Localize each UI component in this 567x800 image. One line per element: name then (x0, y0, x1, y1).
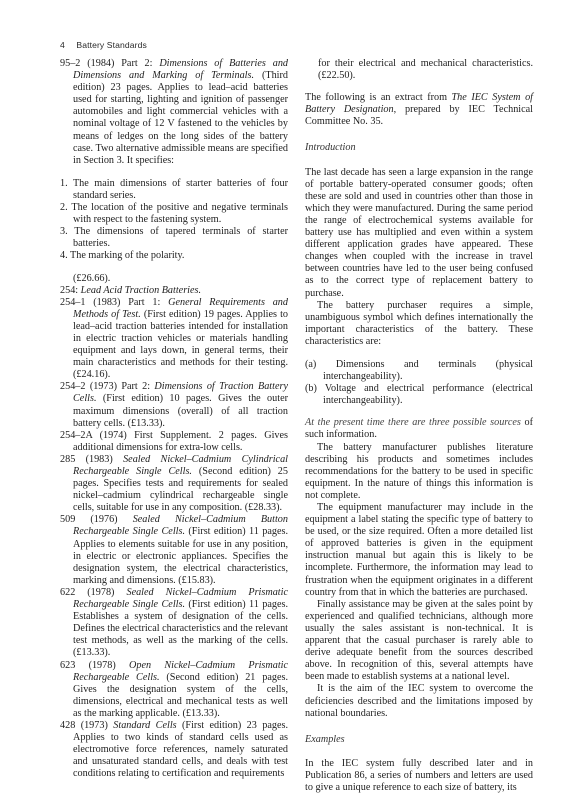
introduction-paragraph-1: The last decade has seen a large expansi… (305, 167, 533, 300)
extract-intro-paragraph: The following is an extract from The IEC… (305, 92, 533, 128)
entry-title: Lead Acid Traction Batteries. (81, 285, 201, 296)
manufacturer-paragraph: The battery manufacturer publishes liter… (305, 442, 533, 502)
entry-428-continuation: for their electrical and mechanical char… (305, 58, 533, 82)
entry-code: 623 (1978) (60, 660, 129, 671)
entry-code: 254–2 (1973) Part 2: (60, 381, 154, 392)
entry-code: 254–2A (1974) First Supplement. (60, 430, 211, 441)
sources-paragraph: At the present time there are three poss… (305, 417, 533, 441)
list-item: 1. The main dimensions of starter batter… (60, 178, 288, 202)
standard-entry-254-2a: 254–2A (1974) First Supplement. 2 pages.… (60, 430, 288, 454)
list-item: 4. The marking of the polarity. (60, 250, 288, 262)
left-column: 95–2 (1984) Part 2: Dimensions of Batter… (60, 58, 288, 780)
entry-code: 285 (1983) (60, 454, 123, 465)
document-page: 4 Battery Standards 95–2 (1984) Part 2: … (0, 0, 567, 800)
section-heading-examples: Examples (305, 734, 533, 746)
standard-entry-254-2: 254–2 (1973) Part 2: Dimensions of Tract… (60, 381, 288, 429)
list-item: 2. The location of the positive and nega… (60, 202, 288, 226)
entry-code: 509 (1976) (60, 514, 133, 525)
standard-entry-254: 254: Lead Acid Traction Batteries. (60, 285, 288, 297)
introduction-paragraph-2: The battery purchaser requires a simple,… (305, 300, 533, 348)
list-item: (b) Voltage and electrical performance (… (305, 383, 533, 407)
page-number: 4 (60, 40, 65, 50)
characteristics-list: (a) Dimensions and terminals (physical i… (305, 359, 533, 407)
sources-lead: At the present time there are three poss… (305, 417, 521, 428)
equipment-paragraph: The equipment manufacturer may include i… (305, 502, 533, 599)
list-item: 3. The dimensions of tapered terminals o… (60, 226, 288, 250)
assistance-paragraph: Finally assistance may be given at the s… (305, 599, 533, 684)
entry-body: (Third edition) 23 pages. Applies to lea… (73, 70, 288, 166)
entry-code: 254–1 (1983) Part 1: (60, 297, 168, 308)
standard-entry-509: 509 (1976) Sealed Nickel–Cadmium Button … (60, 514, 288, 587)
section-heading-introduction: Introduction (305, 142, 533, 154)
price-95-2: (£26.66). (60, 273, 288, 285)
standard-entry-95-2: 95–2 (1984) Part 2: Dimensions of Batter… (60, 58, 288, 167)
entry-body: (First edition) 10 pages. Gives the oute… (73, 393, 288, 428)
list-item: (a) Dimensions and terminals (physical i… (305, 359, 533, 383)
entry-code: 428 (1973) (60, 720, 113, 731)
standard-entry-254-1: 254–1 (1983) Part 1: General Requirement… (60, 297, 288, 382)
running-head: 4 Battery Standards (60, 40, 147, 50)
entry-code: 95–2 (1984) Part 2: (60, 58, 159, 69)
standard-entry-428: 428 (1973) Standard Cells (First edition… (60, 720, 288, 780)
entry-title: Standard Cells (113, 720, 176, 731)
standard-entry-285: 285 (1983) Sealed Nickel–Cadmium Cylindr… (60, 454, 288, 514)
examples-paragraph: In the IEC system fully described later … (305, 758, 533, 794)
specifies-list: 1. The main dimensions of starter batter… (60, 178, 288, 263)
right-column: for their electrical and mechanical char… (305, 58, 533, 794)
aim-paragraph: It is the aim of the IEC system to overc… (305, 683, 533, 719)
standard-entry-622: 622 (1978) Sealed Nickel–Cadmium Prismat… (60, 587, 288, 660)
entry-code: 622 (1978) (60, 587, 126, 598)
extract-intro-text: The following is an extract from (305, 92, 452, 103)
running-head-title: Battery Standards (76, 40, 147, 50)
standard-entry-623: 623 (1978) Open Nickel–Cadmium Prismatic… (60, 660, 288, 720)
entry-code: 254: (60, 285, 81, 296)
